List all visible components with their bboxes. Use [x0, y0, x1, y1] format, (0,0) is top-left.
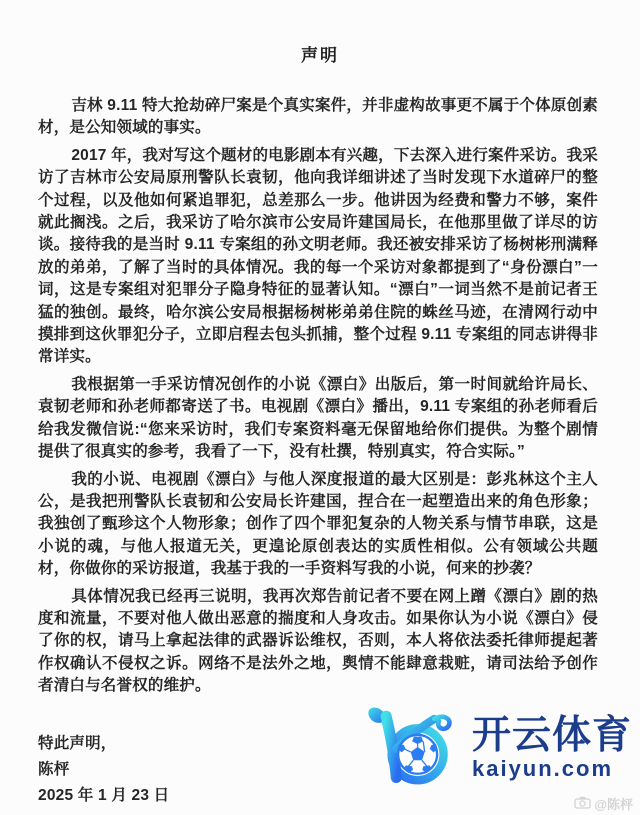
soccer-ball-icon [398, 735, 437, 774]
statement-title: 声明 [0, 0, 640, 66]
statement-document: 声明 吉林 9.11 特大抢劫碎尸案是个真实案件，并非虚构故事更不属于个体原创素… [0, 0, 640, 815]
kaiyun-k-soccer-icon [362, 702, 464, 793]
brand-domain: kaiyun.com [472, 758, 613, 780]
statement-paragraph: 具体情况我已经再三说明，我再次郑告前记者不要在网上蹭《漂白》剧的热度和流量，不要… [38, 586, 598, 698]
camera-icon [574, 796, 591, 812]
statement-body: 吉林 9.11 特大抢劫碎尸案是个真实案件，并非虚构故事更不属于个体原创素材，是… [38, 95, 598, 698]
statement-paragraph: 我的小说、电视剧《漂白》与他人深度报道的最大区别是：彭兆林这个主人公，是我把刑警… [38, 469, 598, 581]
brand-text-block: 开云体育 kaiyun.com [472, 715, 632, 780]
statement-paragraph: 吉林 9.11 特大抢劫碎尸案是个真实案件，并非虚构故事更不属于个体原创素材，是… [38, 95, 598, 140]
brand-name: 开云体育 [472, 715, 632, 757]
kaiyun-logo: 开云体育 kaiyun.com [362, 702, 632, 793]
statement-paragraph: 2017 年，我对写这个题材的电影剧本有兴趣，下去深入进行案件采访。我采访了吉林… [38, 145, 598, 369]
watermark-author: @陈枰 [594, 794, 633, 813]
weibo-watermark: @陈枰 [574, 794, 633, 813]
statement-paragraph: 我根据第一手采访情况创作的小说《漂白》出版后，第一时间就给许局长、袁韧老师和孙老… [38, 374, 598, 464]
